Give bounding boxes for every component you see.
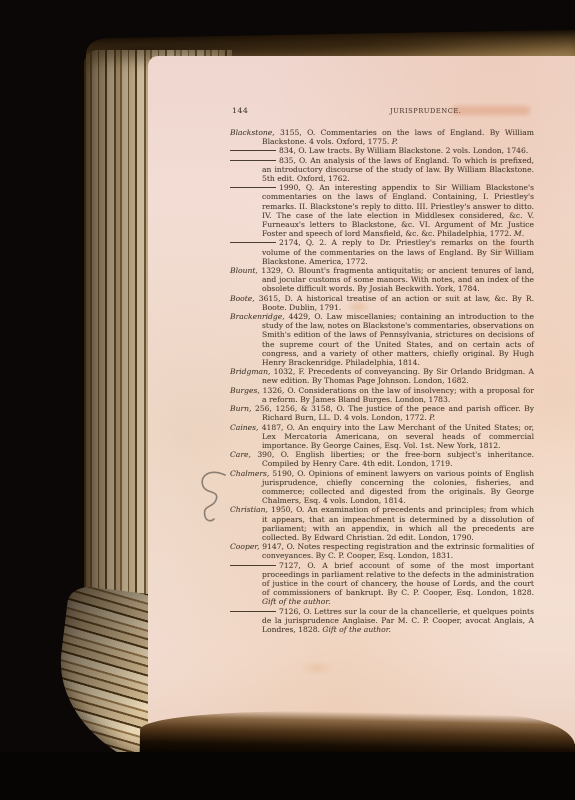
same-author-dash	[230, 611, 276, 612]
background-shadow	[0, 752, 575, 800]
same-author-dash	[230, 242, 276, 243]
entry-body: 7126, O. Lettres sur la cour de la chanc…	[262, 607, 534, 634]
page-number: 144	[232, 106, 248, 115]
entry-body: 5190, O. Opinions of eminent lawyers on …	[262, 469, 534, 506]
entry-burn: Burn, 256, 1256, & 3158, O. The justice …	[230, 404, 534, 422]
entry-author-name: Blackstone,	[230, 128, 275, 137]
entry-italic-note: Gift of the author.	[262, 597, 331, 606]
same-author-dash	[230, 150, 276, 151]
entry-author-name: Blount,	[230, 266, 258, 275]
entry-blount: Blount, 1329, O. Blount's fragmenta anti…	[230, 266, 534, 294]
entry-italic-note: Gift of the author.	[322, 625, 391, 634]
entry-author-name: Brackenridge,	[230, 312, 285, 321]
entry-bridgman: Bridgman, 1032, F. Precedents of conveya…	[230, 367, 534, 385]
entry-italic-note: P.	[392, 137, 398, 146]
entry-cooper: Cooper, 9147, O. Notes respecting regist…	[230, 542, 534, 560]
entry-brackenridge: Brackenridge, 4429, O. Law miscellanies;…	[230, 312, 534, 367]
entry-author-name: Burn,	[230, 404, 251, 413]
entry-author-name: Chalmers,	[230, 469, 269, 478]
page-header: 144 JURISPRUDENCE.	[230, 104, 534, 121]
entry-caines: Caines, 4187, O. An enquiry into the Law…	[230, 423, 534, 451]
entry-body: 256, 1256, & 3158, O. The justice of the…	[251, 404, 534, 422]
entry-body: 7127, O. A brief account of some of the …	[262, 561, 534, 598]
entry-boote: Boote, 3615, D. A historical treatise of…	[230, 294, 534, 312]
entry-italic-note: M.	[514, 229, 524, 238]
entry-author-name: Boote,	[230, 294, 255, 303]
entry-same-author: 7127, O. A brief account of some of the …	[230, 561, 534, 607]
page-text: 144 JURISPRUDENCE. Blackstone, 3155, O. …	[230, 104, 534, 634]
same-author-dash	[230, 160, 276, 161]
entry-same-author: 2174, Q. 2. A reply to Dr. Priestley's r…	[230, 238, 534, 266]
entry-body: 1329, O. Blount's fragmenta antiquitatis…	[258, 266, 534, 293]
entry-body: 834, O. Law tracts. By William Blackston…	[279, 146, 528, 155]
entry-burges: Burges, 1326, O. Considerations on the l…	[230, 386, 534, 404]
same-author-dash	[230, 187, 276, 188]
running-head: JURISPRUDENCE.	[390, 107, 461, 116]
entry-same-author: 1990, Q. An interesting appendix to Sir …	[230, 183, 534, 238]
entry-christian: Christian, 1950, O. An examination of pr…	[230, 505, 534, 542]
entry-same-author: 7126, O. Lettres sur la cour de la chanc…	[230, 607, 534, 635]
entry-chalmers: Chalmers, 5190, O. Opinions of eminent l…	[230, 469, 534, 506]
entry-author-name: Cooper,	[230, 542, 260, 551]
entry-body: 1326, O. Considerations on the law of in…	[260, 386, 534, 404]
entry-body: 1990, Q. An interesting appendix to Sir …	[262, 183, 534, 238]
entry-blackstone: Blackstone, 3155, O. Commentaries on the…	[230, 128, 534, 146]
entry-body: 1032, F. Precedents of conveyancing. By …	[262, 367, 534, 385]
entry-author-name: Care,	[230, 450, 251, 459]
photographed-book-scan: 144 JURISPRUDENCE. Blackstone, 3155, O. …	[0, 0, 575, 800]
entry-italic-note: P.	[429, 413, 435, 422]
catalog-entries: Blackstone, 3155, O. Commentaries on the…	[230, 128, 534, 634]
entry-author-name: Christian,	[230, 505, 268, 514]
entry-body: 3155, O. Commentaries on the laws of Eng…	[262, 128, 534, 146]
entry-author-name: Caines,	[230, 423, 258, 432]
entry-same-author: 835, O. An analysis of the laws of Engla…	[230, 156, 534, 184]
entry-same-author: 834, O. Law tracts. By William Blackston…	[230, 146, 534, 155]
entry-body: 3615, D. A historical treatise of an act…	[255, 294, 534, 312]
entry-body: 2174, Q. 2. A reply to Dr. Priestley's r…	[262, 238, 534, 265]
entry-body: 4187, O. An enquiry into the Law Merchan…	[258, 423, 534, 450]
entry-care: Care, 390, O. English liberties; or the …	[230, 450, 534, 468]
entry-body: 4429, O. Law miscellanies; containing an…	[262, 312, 534, 367]
entry-body: 1950, O. An examination of precedents an…	[262, 505, 534, 542]
entry-author-name: Bridgman,	[230, 367, 270, 376]
entry-author-name: Burges,	[230, 386, 260, 395]
same-author-dash	[230, 565, 276, 566]
entry-body: 390, O. English liberties; or the free-b…	[251, 450, 534, 468]
entry-body: 835, O. An analysis of the laws of Engla…	[262, 156, 534, 183]
entry-body: 9147, O. Notes respecting registration a…	[260, 542, 534, 560]
